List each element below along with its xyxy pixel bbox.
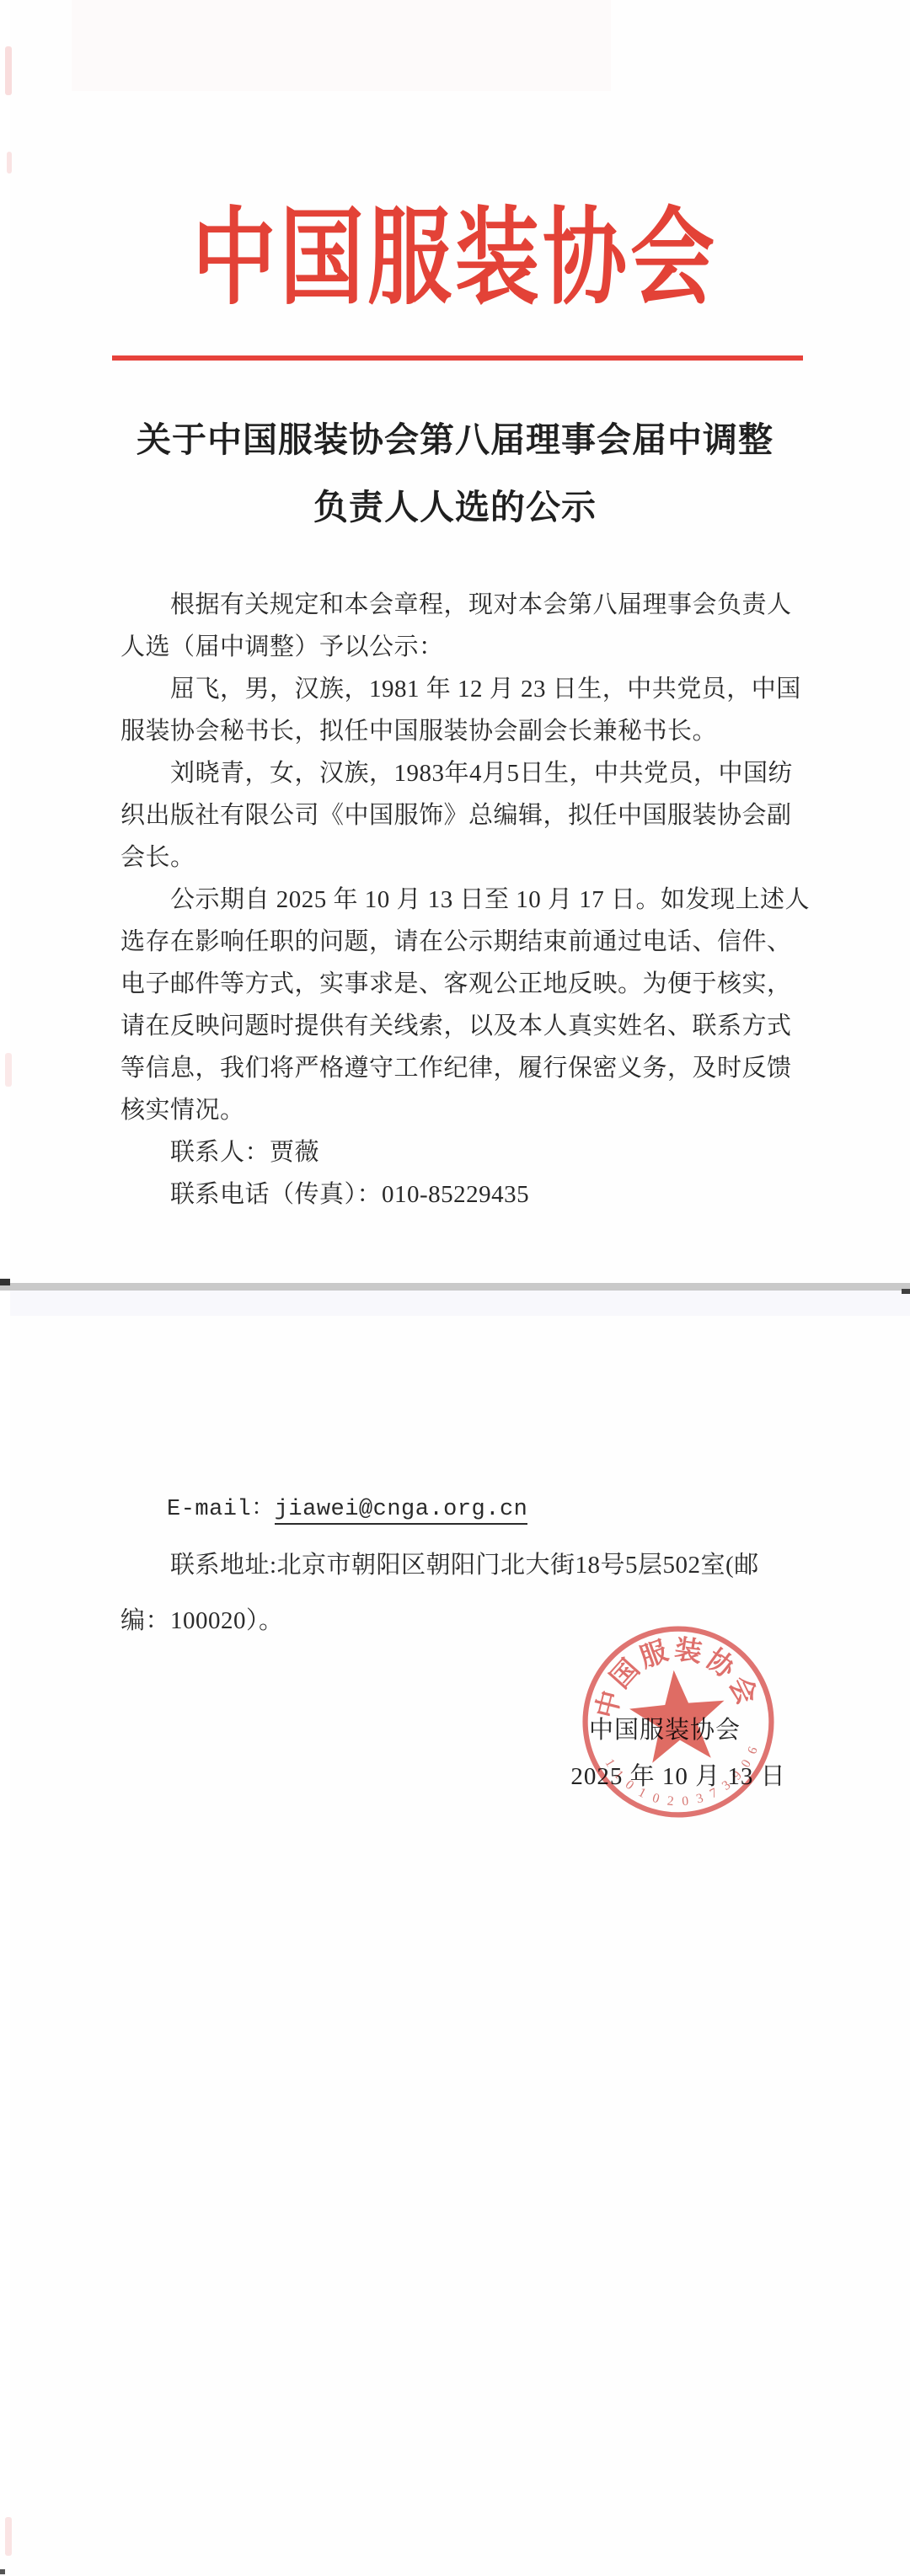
seal-glyph: 9 xyxy=(730,1768,745,1782)
text-line: 关于中国服装协会第八届理事会届中调整 xyxy=(0,406,910,473)
seal-glyph: 0 xyxy=(682,1794,689,1809)
seal-glyph: 7 xyxy=(708,1786,720,1802)
email-address: jiawei@cnga.org.cn xyxy=(275,1497,528,1525)
email-line: E-mail：jiawei@cnga.org.cn xyxy=(120,1479,862,1537)
seal-glyph: 0 xyxy=(738,1757,754,1771)
text-line: 人选（届中调整）予以公示： xyxy=(120,626,845,668)
scan-artifact xyxy=(5,2517,12,2556)
text-line: 织出版社有限公司《中国服饰》总编辑，拟任中国服装协会副 xyxy=(120,794,845,836)
scan-artifact xyxy=(5,1053,12,1087)
letterhead-rule xyxy=(112,355,803,361)
seal-glyph: 服 xyxy=(635,1635,672,1673)
text-line: 服装协会秘书长，拟任中国服装协会副会长兼秘书长。 xyxy=(120,710,845,752)
scanned-document: 中国服装协会 关于中国服装协会第八届理事会届中调整负责人人选的公示 根据有关规定… xyxy=(0,0,910,2576)
seal-star-icon xyxy=(626,1666,729,1765)
scan-tint-page2 xyxy=(0,1291,910,1316)
seal-glyph: 3 xyxy=(720,1777,734,1793)
text-line: 负责人人选的公示 xyxy=(0,473,910,541)
seal-glyph: 会 xyxy=(724,1671,763,1709)
text-line: 电子邮件等方式，实事求是、客观公正地反映。为便于核实， xyxy=(120,963,845,1005)
scan-artifact xyxy=(0,1279,10,1285)
text-line: 核实情况。 xyxy=(120,1089,845,1131)
seal-glyph: 6 xyxy=(745,1745,761,1756)
text-line: 联系人：贾薇 xyxy=(120,1131,845,1173)
text-line: 请在反映问题时提供有关线索，以及本人真实姓名、联系方式 xyxy=(120,1005,845,1047)
text-line: 屈飞，男，汉族，1981 年 12 月 23 日生，中共党员，中国 xyxy=(120,668,845,710)
seal-glyph: 3 xyxy=(694,1791,704,1807)
seal-glyph: 0 xyxy=(650,1791,661,1807)
seal-glyph: 2 xyxy=(666,1793,674,1809)
official-seal: 中国服装协会 1101020373906 xyxy=(565,1608,793,1836)
seal-glyph: 0 xyxy=(623,1777,637,1793)
text-line: 联系电话（传真）：010-85229435 xyxy=(120,1173,845,1216)
text-line: 刘晓青，女，汉族，1983年4月5日生，中共党员，中国纺 xyxy=(120,752,845,794)
text-line: 等信息，我们将严格遵守工作纪律，履行保密义务，及时反馈 xyxy=(120,1047,845,1089)
scan-artifact xyxy=(7,152,12,174)
scan-artifact xyxy=(0,2569,5,2574)
document-title: 关于中国服装协会第八届理事会届中调整负责人人选的公示 xyxy=(0,406,910,541)
text-line: 根据有关规定和本会章程，现对本会第八届理事会负责人 xyxy=(120,584,845,626)
seal-glyph: 装 xyxy=(672,1633,704,1667)
seal-glyph: 1 xyxy=(636,1785,649,1801)
scan-tint-top xyxy=(72,0,611,91)
text-line: 联系地址:北京市朝阳区朝阳门北大街18号5层502室(邮 xyxy=(120,1537,862,1593)
text-line: 选存在影响任职的问题，请在公示期结束前通过电话、信件、 xyxy=(120,921,845,963)
seal-glyph: 1 xyxy=(602,1756,618,1769)
text-line: 公示期自 2025 年 10 月 13 日至 10 月 17 日。如发现上述人 xyxy=(120,879,845,921)
seal-serial-number: 1101020373906 xyxy=(602,1744,766,1815)
seal-glyph: 中 xyxy=(591,1687,627,1721)
text-line: 会长。 xyxy=(120,836,845,879)
scan-artifact xyxy=(5,46,12,95)
document-body: 根据有关规定和本会章程，现对本会第八届理事会负责人人选（届中调整）予以公示： 屈… xyxy=(120,584,845,1216)
scan-artifact xyxy=(902,1289,910,1294)
page-separator xyxy=(0,1283,910,1291)
seal-glyph: 1 xyxy=(611,1767,626,1782)
letterhead-org-name: 中国服装协会 xyxy=(0,173,910,324)
email-label: E-mail： xyxy=(120,1497,275,1522)
